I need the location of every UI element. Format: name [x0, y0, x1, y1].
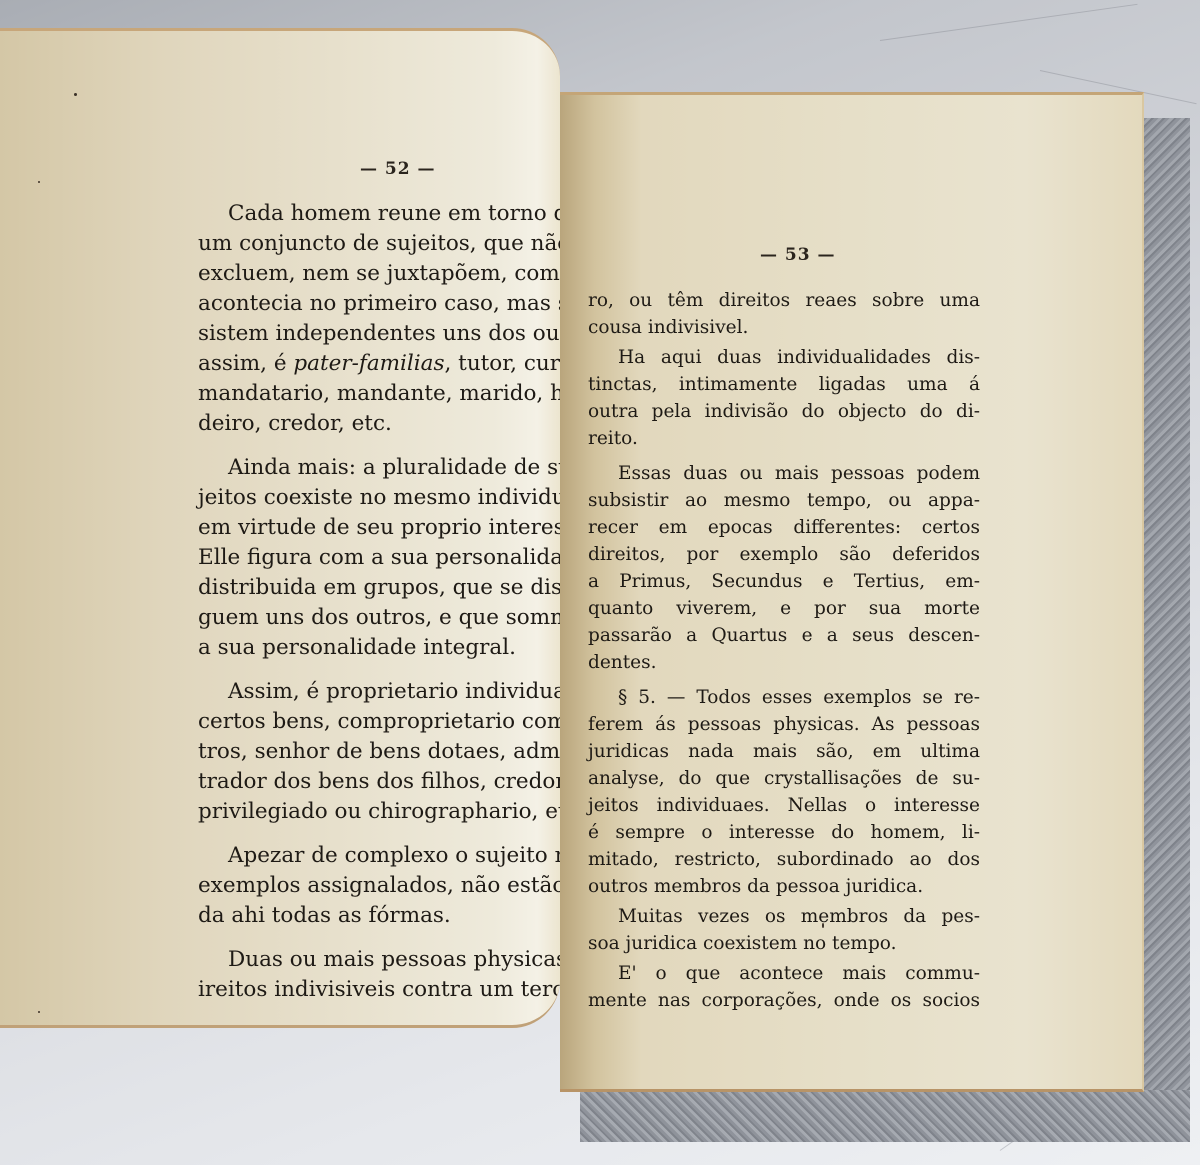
text-line: ro, ou têm direitos reaes sobre uma — [588, 287, 980, 314]
text-line: quanto viverem, e por sua morte — [588, 595, 980, 622]
text-line: Ainda mais: a pluralidade de su- — [198, 453, 560, 483]
text-line: Essas duas ou mais pessoas podem — [588, 460, 980, 487]
page-number: — 53 — — [760, 245, 836, 265]
text-line: mitado, restricto, subordinado ao dos — [588, 846, 980, 873]
text-line: Cada homem reune em torno de si — [198, 199, 560, 229]
paragraph: Ainda mais: a pluralidade de su- jeitos … — [198, 453, 560, 663]
text-line: soa juridica coexistem no tempo. — [588, 930, 980, 957]
text-line: tinctas, intimamente ligadas uma á — [588, 371, 980, 398]
text-line: excluem, nem se juxtapõem, como — [198, 259, 560, 289]
page-53: — 53 — ro, ou têm direitos reaes sobre u… — [560, 92, 1144, 1092]
text-line: direitos, por exemplo são deferidos — [588, 541, 980, 568]
text-line: deiro, credor, etc. — [198, 409, 560, 439]
text-line: Muitas vezes os membros da pes- — [588, 903, 980, 930]
text-line: § 5. — Todos esses exemplos se re- — [588, 684, 980, 711]
paragraph: § 5. — Todos esses exemplos se re- ferem… — [588, 684, 980, 900]
italic-term: pater-familias — [293, 351, 444, 376]
text-line: recer em epocas differentes: certos — [588, 514, 980, 541]
paragraph: Duas ou mais pessoas physicas têm ireito… — [198, 945, 560, 1005]
page-body: Cada homem reune em torno de si um conju… — [198, 199, 560, 1019]
text-line: trador dos bens dos filhos, credor — [198, 767, 560, 797]
paragraph: Assim, é proprietario individual de cert… — [198, 677, 560, 827]
text-line: distribuida em grupos, que se distin- — [198, 573, 560, 603]
text-line: certos bens, comproprietario com ou- — [198, 707, 560, 737]
page-body: ro, ou têm direitos reaes sobre uma cous… — [588, 287, 980, 1028]
paper-spot — [590, 999, 592, 1003]
text-line: outros membros da pessoa juridica. — [588, 873, 980, 900]
text-line: acontecia no primeiro caso, mas sub- — [198, 289, 560, 319]
book-cover-edge — [1140, 118, 1190, 1140]
text-line: Elle figura com a sua personalidade — [198, 543, 560, 573]
text-line: juridicas nada mais são, em ultima — [588, 738, 980, 765]
paper-spot — [38, 181, 40, 183]
text-line: a Primus, Secundus e Tertius, em- — [588, 568, 980, 595]
text-line: um conjuncto de sujeitos, que não se — [198, 229, 560, 259]
page-number: — 52 — — [360, 159, 436, 179]
book-cover-bottom — [580, 1090, 1190, 1142]
text-line: subsistir ao mesmo tempo, ou appa- — [588, 487, 980, 514]
text-line: tros, senhor de bens dotaes, adminis- — [198, 737, 560, 767]
text-line: E' o que acontece mais commu- — [588, 960, 980, 987]
page-52: — 52 — Cada homem reune em torno de si u… — [0, 28, 560, 1028]
text-line: sistem independentes uns dos outros: — [198, 319, 560, 349]
text-line: exemplos assignalados, não estão ain- — [198, 871, 560, 901]
paragraph: Essas duas ou mais pessoas podem subsist… — [588, 460, 980, 676]
text-line: em virtude de seu proprio interesse. — [198, 513, 560, 543]
text-line: mandatario, mandante, marido, her- — [198, 379, 560, 409]
text-line: dentes. — [588, 649, 980, 676]
text-line: Ha aqui duas individualidades dis- — [588, 344, 980, 371]
paragraph: E' o que acontece mais commu- mente nas … — [588, 960, 980, 1014]
marble-vein — [880, 4, 1138, 41]
text-line: ireitos indivisiveis contra um tercei- — [198, 975, 560, 1005]
text-line: analyse, do que crystallisações de su- — [588, 765, 980, 792]
text-line: jeitos individuaes. Nellas o interesse — [588, 792, 980, 819]
text-line: ferem ás pessoas physicas. As pessoas — [588, 711, 980, 738]
text-line: outra pela indivisão do objecto do di- — [588, 398, 980, 425]
text-line: jeitos coexiste no mesmo individuo — [198, 483, 560, 513]
text-line: Apezar de complexo o sujeito nos — [198, 841, 560, 871]
text-line: da ahi todas as fórmas. — [198, 901, 560, 931]
paragraph: Ha aqui duas individualidades dis- tinct… — [588, 344, 980, 452]
text-line: privilegiado ou chirographario, etc. — [198, 797, 560, 827]
paper-spot — [38, 1011, 40, 1013]
paragraph: Muitas vezes os membros da pes- soa juri… — [588, 903, 980, 957]
text-line: é sempre o interesse do homem, li- — [588, 819, 980, 846]
paragraph: Cada homem reune em torno de si um conju… — [198, 199, 560, 439]
paragraph: Apezar de complexo o sujeito nos exemplo… — [198, 841, 560, 931]
text-line: Duas ou mais pessoas physicas têm — [198, 945, 560, 975]
paper-spot — [74, 93, 77, 96]
paper-spot — [822, 923, 824, 928]
text-line: assim, é pater-familias, tutor, curador, — [198, 349, 560, 379]
text-line: passarão a Quartus e a seus descen- — [588, 622, 980, 649]
text-line: mente nas corporações, onde os socios — [588, 987, 980, 1014]
text-line: cousa indivisivel. — [588, 314, 980, 341]
text-line: guem uns dos outros, e que sommam — [198, 603, 560, 633]
text-line: reito. — [588, 425, 980, 452]
text-line: a sua personalidade integral. — [198, 633, 560, 663]
text-line: Assim, é proprietario individual de — [198, 677, 560, 707]
paragraph: ro, ou têm direitos reaes sobre uma cous… — [588, 287, 980, 341]
